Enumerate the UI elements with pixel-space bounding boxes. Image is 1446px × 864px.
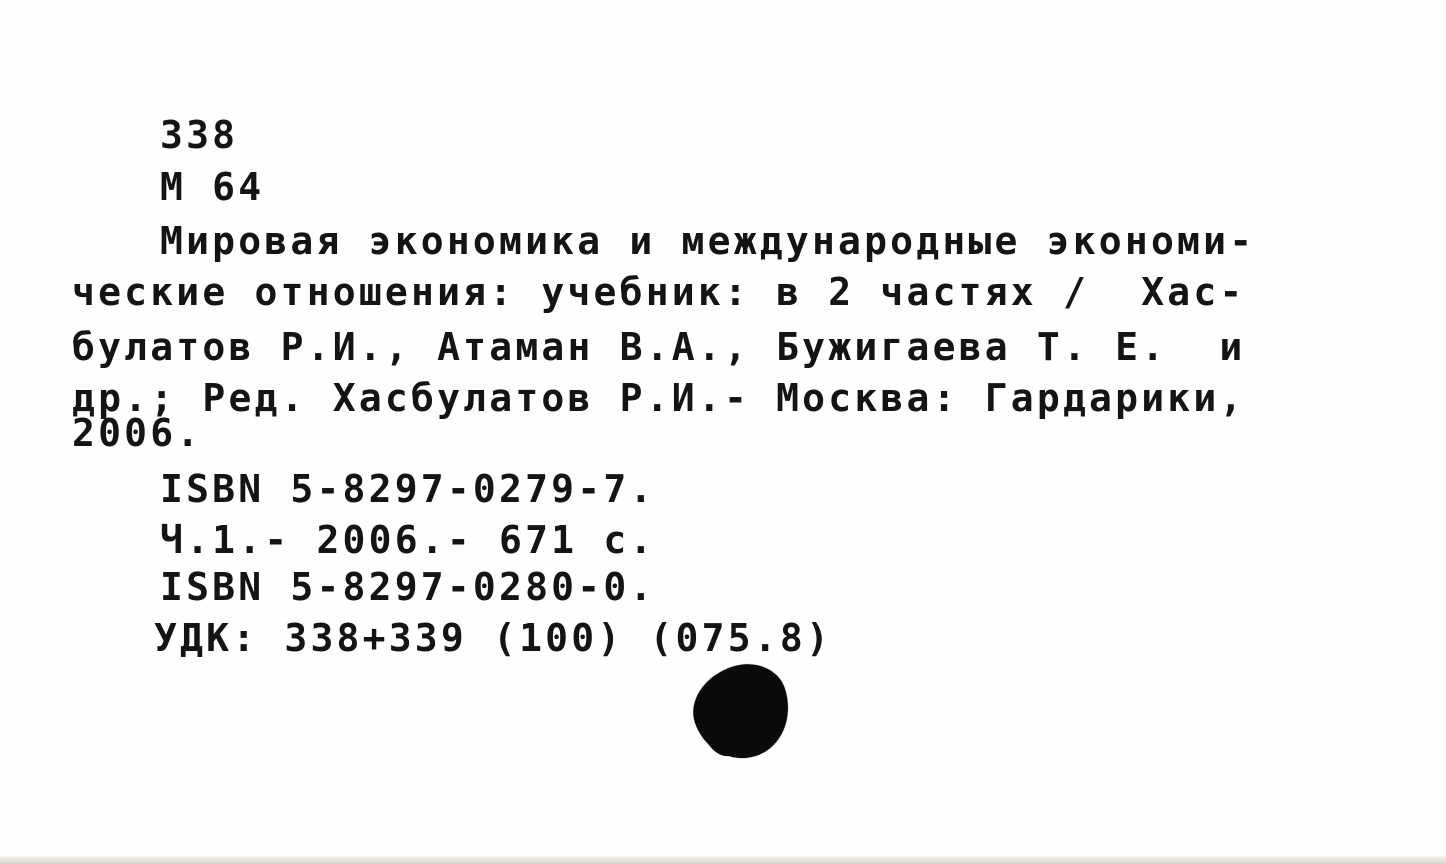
class-number: 338 xyxy=(160,116,238,154)
udc-code: УДК: 338+339 (100) (075.8) xyxy=(154,619,832,657)
isbn-part: ISBN 5-8297-0280-0. xyxy=(160,568,655,606)
isbn-set: ISBN 5-8297-0279-7. xyxy=(160,470,655,508)
description-line: ческие отношения: учебник: в 2 частях / … xyxy=(72,273,1246,311)
description-line: булатов Р.И., Атаман В.А., Бужигаева Т. … xyxy=(72,328,1246,366)
punch-hole-icon xyxy=(682,653,802,770)
description-line: 2006. xyxy=(72,414,202,452)
author-mark: М 64 xyxy=(160,168,264,206)
card-bottom-edge xyxy=(0,856,1446,864)
catalog-card: 338 М 64 Мировая экономика и международн… xyxy=(0,0,1446,856)
part-info: Ч.1.- 2006.- 671 с. xyxy=(160,521,655,559)
description-line: Мировая экономика и международные эконом… xyxy=(160,222,1255,260)
description-line: др.; Ред. Хасбулатов Р.И.- Москва: Гарда… xyxy=(72,379,1246,417)
